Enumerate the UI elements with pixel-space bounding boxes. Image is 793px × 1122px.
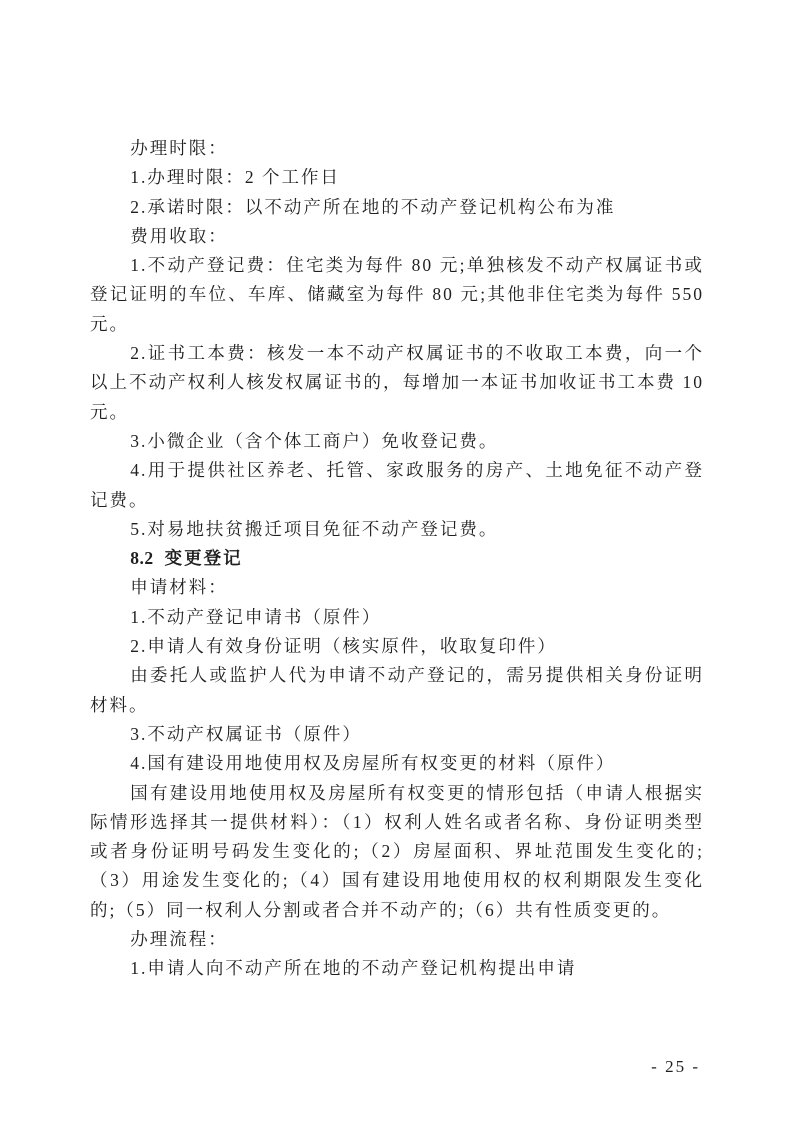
para-materials-label: 申请材料：: [90, 573, 704, 602]
para-material-2-note: 由委托人或监护人代为申请不动产登记的，需另提供相关身份证明材料。: [90, 661, 704, 720]
para-material-1: 1.不动产登记申请书（原件）: [90, 603, 704, 632]
para-process-step-1: 1.申请人向不动产所在地的不动产登记机构提出申请: [90, 954, 704, 983]
para-fee-item-1: 1.不动产登记费：住宅类为每件 80 元;单独核发不动产权属证书或登记证明的车位…: [90, 251, 704, 339]
para-handling-time-label: 办理时限：: [90, 134, 704, 163]
section-heading-8-2: 8.2变更登记: [90, 544, 704, 573]
para-material-2: 2.申请人有效身份证明（核实原件，收取复印件）: [90, 632, 704, 661]
para-fee-label: 费用收取：: [90, 222, 704, 251]
document-page: 办理时限： 1.办理时限：2 个工作日 2.承诺时限：以不动产所在地的不动产登记…: [0, 0, 793, 1122]
para-fee-item-2: 2.证书工本费：核发一本不动产权属证书的不收取工本费，向一个以上不动产权利人核发…: [90, 339, 704, 427]
section-number: 8.2: [130, 548, 153, 568]
para-material-3: 3.不动产权属证书（原件）: [90, 720, 704, 749]
document-body: 办理时限： 1.办理时限：2 个工作日 2.承诺时限：以不动产所在地的不动产登记…: [90, 134, 704, 984]
section-title: 变更登记: [165, 548, 243, 568]
para-material-4-detail: 国有建设用地使用权及房屋所有权变更的情形包括（申请人根据实际情形选择其一提供材料…: [90, 779, 704, 925]
para-handling-time-item-2: 2.承诺时限：以不动产所在地的不动产登记机构公布为准: [90, 193, 704, 222]
para-process-label: 办理流程：: [90, 925, 704, 954]
para-handling-time-item-1: 1.办理时限：2 个工作日: [90, 163, 704, 192]
para-fee-item-4: 4.用于提供社区养老、托管、家政服务的房产、土地免征不动产登记费。: [90, 456, 704, 515]
para-fee-item-3: 3.小微企业（含个体工商户）免收登记费。: [90, 427, 704, 456]
page-number: - 25 -: [651, 1057, 700, 1077]
para-material-4: 4.国有建设用地使用权及房屋所有权变更的材料（原件）: [90, 749, 704, 778]
para-fee-item-5: 5.对易地扶贫搬迁项目免征不动产登记费。: [90, 515, 704, 544]
